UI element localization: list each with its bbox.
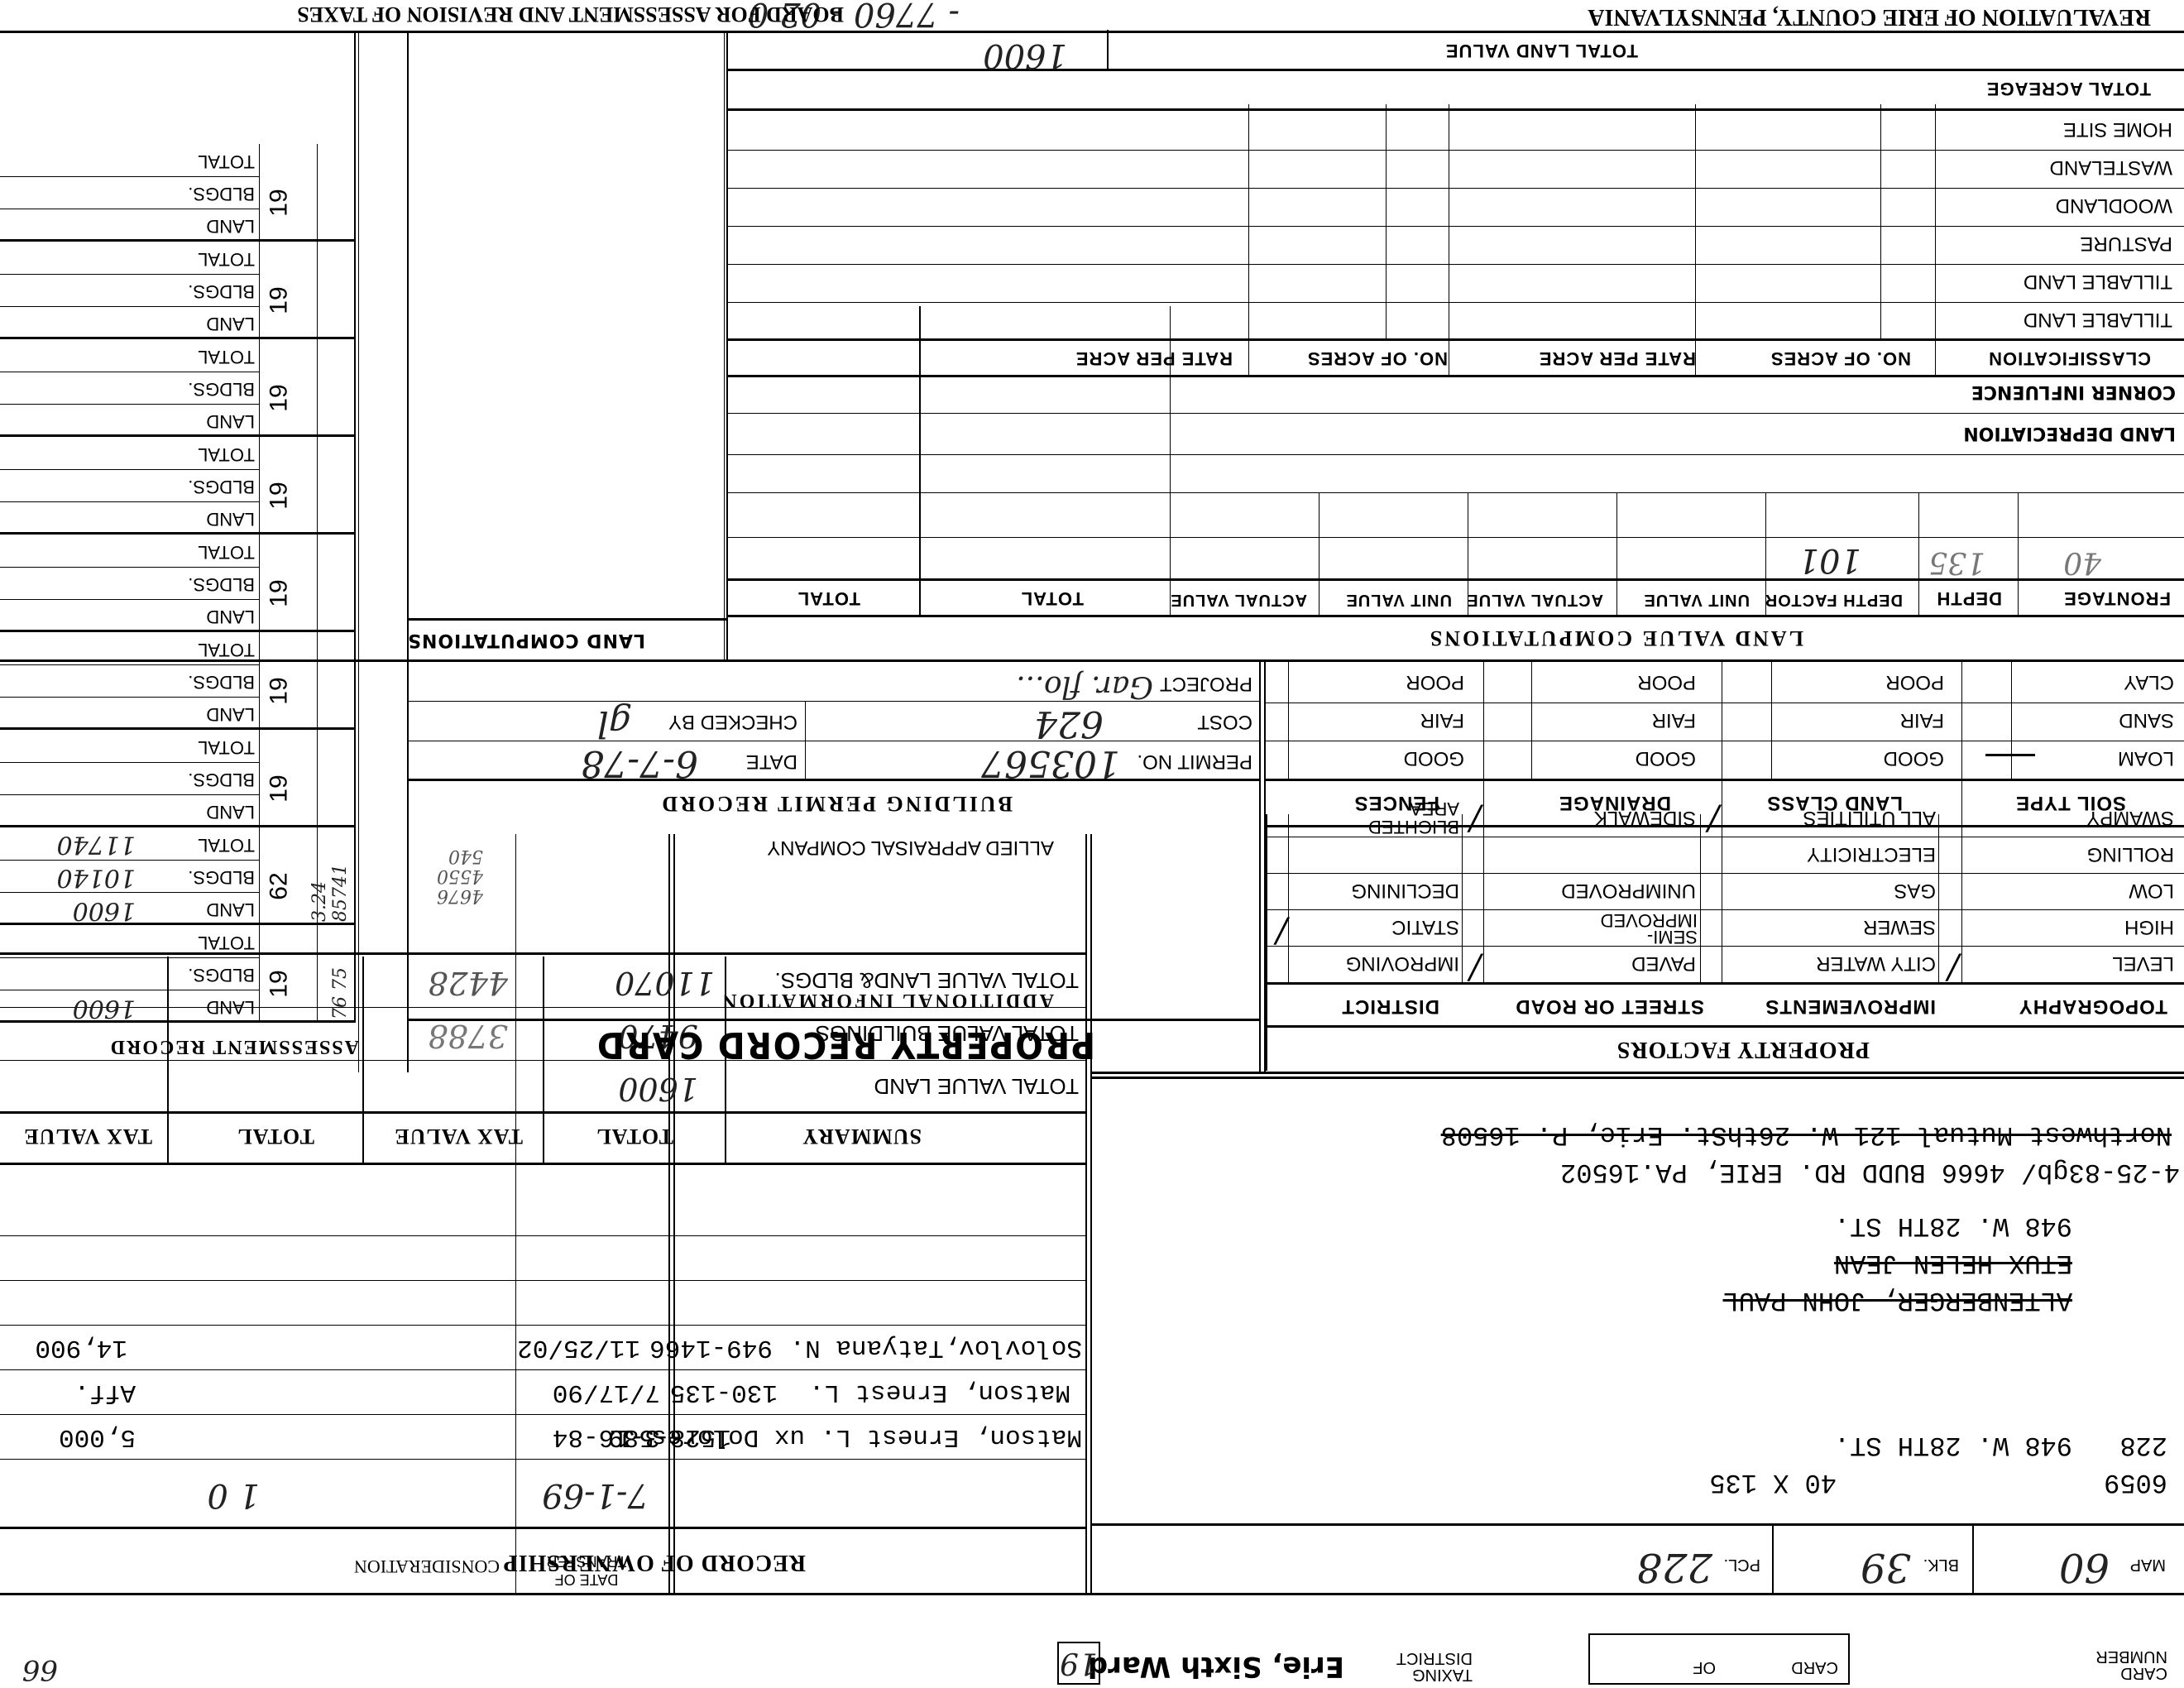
control-number: 6059 xyxy=(2104,1467,2167,1498)
ownership-row: Solovlov,Tatyana N. 949-1466 11/25/02 14… xyxy=(0,1326,1087,1367)
card-label: CARD xyxy=(1791,1657,1838,1676)
additional-info-title: ADDITIONAL INFORMATION xyxy=(720,989,1054,1011)
map-value[interactable]: 60 xyxy=(2059,1544,2110,1590)
soil-row: SAND FAIR FAIR FAIR xyxy=(1266,703,2184,740)
project-value: Gar. flo... xyxy=(1016,669,1153,703)
lot-dimensions: 40 X 135 xyxy=(1709,1467,1837,1498)
cost-label: COST xyxy=(1197,710,1252,733)
assessment-year-block: 19 LAND BLDGS. TOTAL xyxy=(0,535,409,632)
check-mark-icon[interactable] xyxy=(1985,754,2035,756)
acreage-header: CLASSIFICATION NO. OF ACRES RATE PER ACR… xyxy=(1109,341,2184,377)
project-label: PROJECT xyxy=(1160,672,1252,695)
card-header: CARD NUMBER CARD OF TAXING DISTRICT Erie… xyxy=(0,1647,2184,1688)
total-land-value-amount: 1600 xyxy=(983,36,1067,74)
permit-date-value: 6-7-78 xyxy=(581,742,698,784)
assessment-year-block: 62 3.24 85741 LAND BLDGS. TOTAL 1600 101… xyxy=(0,827,409,925)
assessment-year-block: 19 LAND BLDGS. TOTAL xyxy=(0,242,409,339)
assessment-year: 19 xyxy=(265,970,293,997)
land-depreciation-label: LAND DEPRECIATION xyxy=(1963,423,2176,444)
factor-row: LOW GAS UNIMPROVED DECLINING xyxy=(1266,874,2184,909)
summary-title: SUMMARY xyxy=(802,1124,922,1149)
district-box: 19 xyxy=(1057,1642,1100,1685)
soil-row: LOAM GOOD GOOD GOOD xyxy=(1266,741,2184,778)
card-number-label: CARD NUMBER xyxy=(2068,1648,2167,1681)
assessment-year-block: 19 76 75 LAND BLDGS. TOTAL 1600 xyxy=(0,925,409,1023)
cost-value: 624 xyxy=(1034,703,1104,745)
ownership-row: Matson, Ernest L. 130-135 7/17/90 Aff. xyxy=(0,1370,1087,1412)
mailing-address-2: Northwest Mutual 121 W. 26thSt. Erie, P.… xyxy=(1441,1120,2172,1150)
side-notes: 4676 4550 540 xyxy=(437,846,483,905)
factor-row: HIGH SEWER SEMI-IMPROVED STATIC / xyxy=(1266,910,2184,945)
additional-information: PROPERTY RECORD CARD ADDITIONAL INFORMAT… xyxy=(409,827,1261,1071)
pcl-value[interactable]: 228 xyxy=(1636,1544,1712,1590)
assessment-year: 19 xyxy=(265,286,293,314)
date-label: DATE xyxy=(746,750,797,773)
assessment-year-block: 19 LAND BLDGS. TOTAL xyxy=(0,632,409,730)
parcel-number: 228 xyxy=(2119,1430,2167,1460)
taxing-district-label: TAXING DISTRICT xyxy=(1365,1650,1473,1683)
checked-by-label: CHECKED BY xyxy=(668,710,797,733)
assessment-year-block: 19 LAND BLDGS. TOTAL xyxy=(0,339,409,437)
original-owner-spouse: ETUX HELEN JEAN xyxy=(1834,1248,2072,1278)
land-computations: LAND COMPUTATIONS xyxy=(397,33,728,662)
property-factors: PROPERTY FACTORS TOPOGRAPHY IMPROVEMENTS… xyxy=(1266,814,2184,1071)
acreage-classification: CLASSIFICATION NO. OF ACRES RATE PER ACR… xyxy=(728,30,2184,377)
original-owner: ALTENBERGER, JOHN PAUL xyxy=(1723,1285,2072,1316)
permit-no-value: 103567 xyxy=(981,742,1120,784)
blk-value[interactable]: 39 xyxy=(1861,1544,1911,1590)
check-mark-icon[interactable]: / xyxy=(1470,948,1481,986)
factor-row: ROLLING ELECTRICITY xyxy=(1266,837,2184,872)
property-record-card-title: PROPERTY RECORD CARD xyxy=(596,1024,1095,1066)
of-label: OF xyxy=(1693,1657,1716,1676)
assessment-land-value[interactable]: 1600 xyxy=(73,896,136,925)
assessment-year: 62 xyxy=(265,872,293,899)
land-value-header: FRONTAGE DEPTH DEPTH FACTOR UNIT VALUE A… xyxy=(728,581,2184,617)
assessment-year: 19 xyxy=(265,579,293,607)
check-mark-icon[interactable]: / xyxy=(1948,948,1959,986)
corner-influence-label: CORNER INFLUENCE xyxy=(1971,381,2176,402)
soil-land-class: SOIL TYPE LAND CLASS DRAINAGE FENCES LOA… xyxy=(1266,662,2184,827)
assessment-year: 19 xyxy=(265,189,293,216)
taxing-district-value: Erie, Sixth Ward xyxy=(1088,1650,1344,1683)
assessment-bldgs-value[interactable]: 10140 xyxy=(57,863,136,892)
assessment-year: 19 xyxy=(265,482,293,509)
assessment-year-block: 19 LAND BLDGS. TOTAL xyxy=(0,730,409,827)
assessment-stamp: 3.24 85741 xyxy=(309,831,351,922)
property-address: 948 W. 28TH ST. xyxy=(1834,1430,2072,1460)
assessment-year-block: 19 LAND BLDGS. TOTAL xyxy=(0,144,409,242)
col-consideration: CONSIDERATION xyxy=(354,1556,500,1577)
blk-label: BLK. xyxy=(1923,1555,1959,1574)
map-label: MAP xyxy=(2130,1555,2166,1574)
property-description: 6059 40 X 135 228 948 W. 28TH ST. ALTENB… xyxy=(1092,1076,2184,1523)
ownership-row: 7-1-69 1 0 xyxy=(0,1460,1087,1526)
assessment-year: 19 xyxy=(265,774,293,802)
permit-no-label: PERMIT NO. xyxy=(1137,750,1252,773)
company-name: ALLIED APPRAISAL COMPANY xyxy=(767,836,1054,859)
revaluation-title: REVALUATION OF ERIE COUNTY, PENNSYLVANIA xyxy=(1588,3,2151,30)
assessment-total-value[interactable]: 11740 xyxy=(57,830,136,859)
total-land-value-label: TOTAL LAND VALUE xyxy=(1445,40,1638,61)
building-permit-record: BUILDING PERMIT RECORD PERMIT NO. 103567… xyxy=(409,662,1261,827)
ownership-row: Matson, Ernest L. ux Dolores J. 1528-589… xyxy=(0,1415,1087,1456)
assessment-year: 19 xyxy=(265,677,293,704)
checked-by-value: gl xyxy=(597,703,632,745)
check-mark-icon[interactable]: / xyxy=(1276,912,1287,950)
soil-row: CLAY POOR POOR POOR xyxy=(1266,665,2184,702)
assessment-year-block: 19 LAND BLDGS. TOTAL xyxy=(0,437,409,535)
property-record-card: CARD NUMBER CARD OF TAXING DISTRICT Erie… xyxy=(0,0,2184,1688)
owner-address: 948 W. 28TH ST. xyxy=(1834,1211,2072,1241)
property-factors-title: PROPERTY FACTORS xyxy=(1616,1036,1870,1062)
assessment-year: 19 xyxy=(265,384,293,411)
assessment-stamp: 76 75 xyxy=(330,928,351,1019)
col-date-of-transfer: DATE OF TRANSFER xyxy=(533,1552,640,1589)
factor-row: LEVEL CITY WATER PAVED IMPROVING / / xyxy=(1266,947,2184,981)
board-title: BOARD FOR ASSESSMENT AND REVISION OF TAX… xyxy=(297,2,844,26)
corner-number: 66 xyxy=(22,1653,58,1686)
land-value-row: 40 135 101 xyxy=(728,538,2184,579)
assessment-land-value[interactable]: 1600 xyxy=(73,994,136,1023)
pcl-label: PCL. xyxy=(1724,1555,1760,1574)
mailing-address-1: 4-25-83gb/ 4666 BUDD RD. ERIE, PA.16502 xyxy=(1560,1157,2180,1187)
card-of-box[interactable]: CARD OF xyxy=(1588,1633,1850,1685)
map-block-parcel-row: MAP 60 BLK. 39 PCL. 228 xyxy=(1092,1526,2184,1595)
assessment-record: ASSESSMENT RECORD 19 76 75 LAND BLDGS. T… xyxy=(0,33,409,1072)
total-acreage-label: TOTAL ACREAGE xyxy=(1986,78,2151,99)
